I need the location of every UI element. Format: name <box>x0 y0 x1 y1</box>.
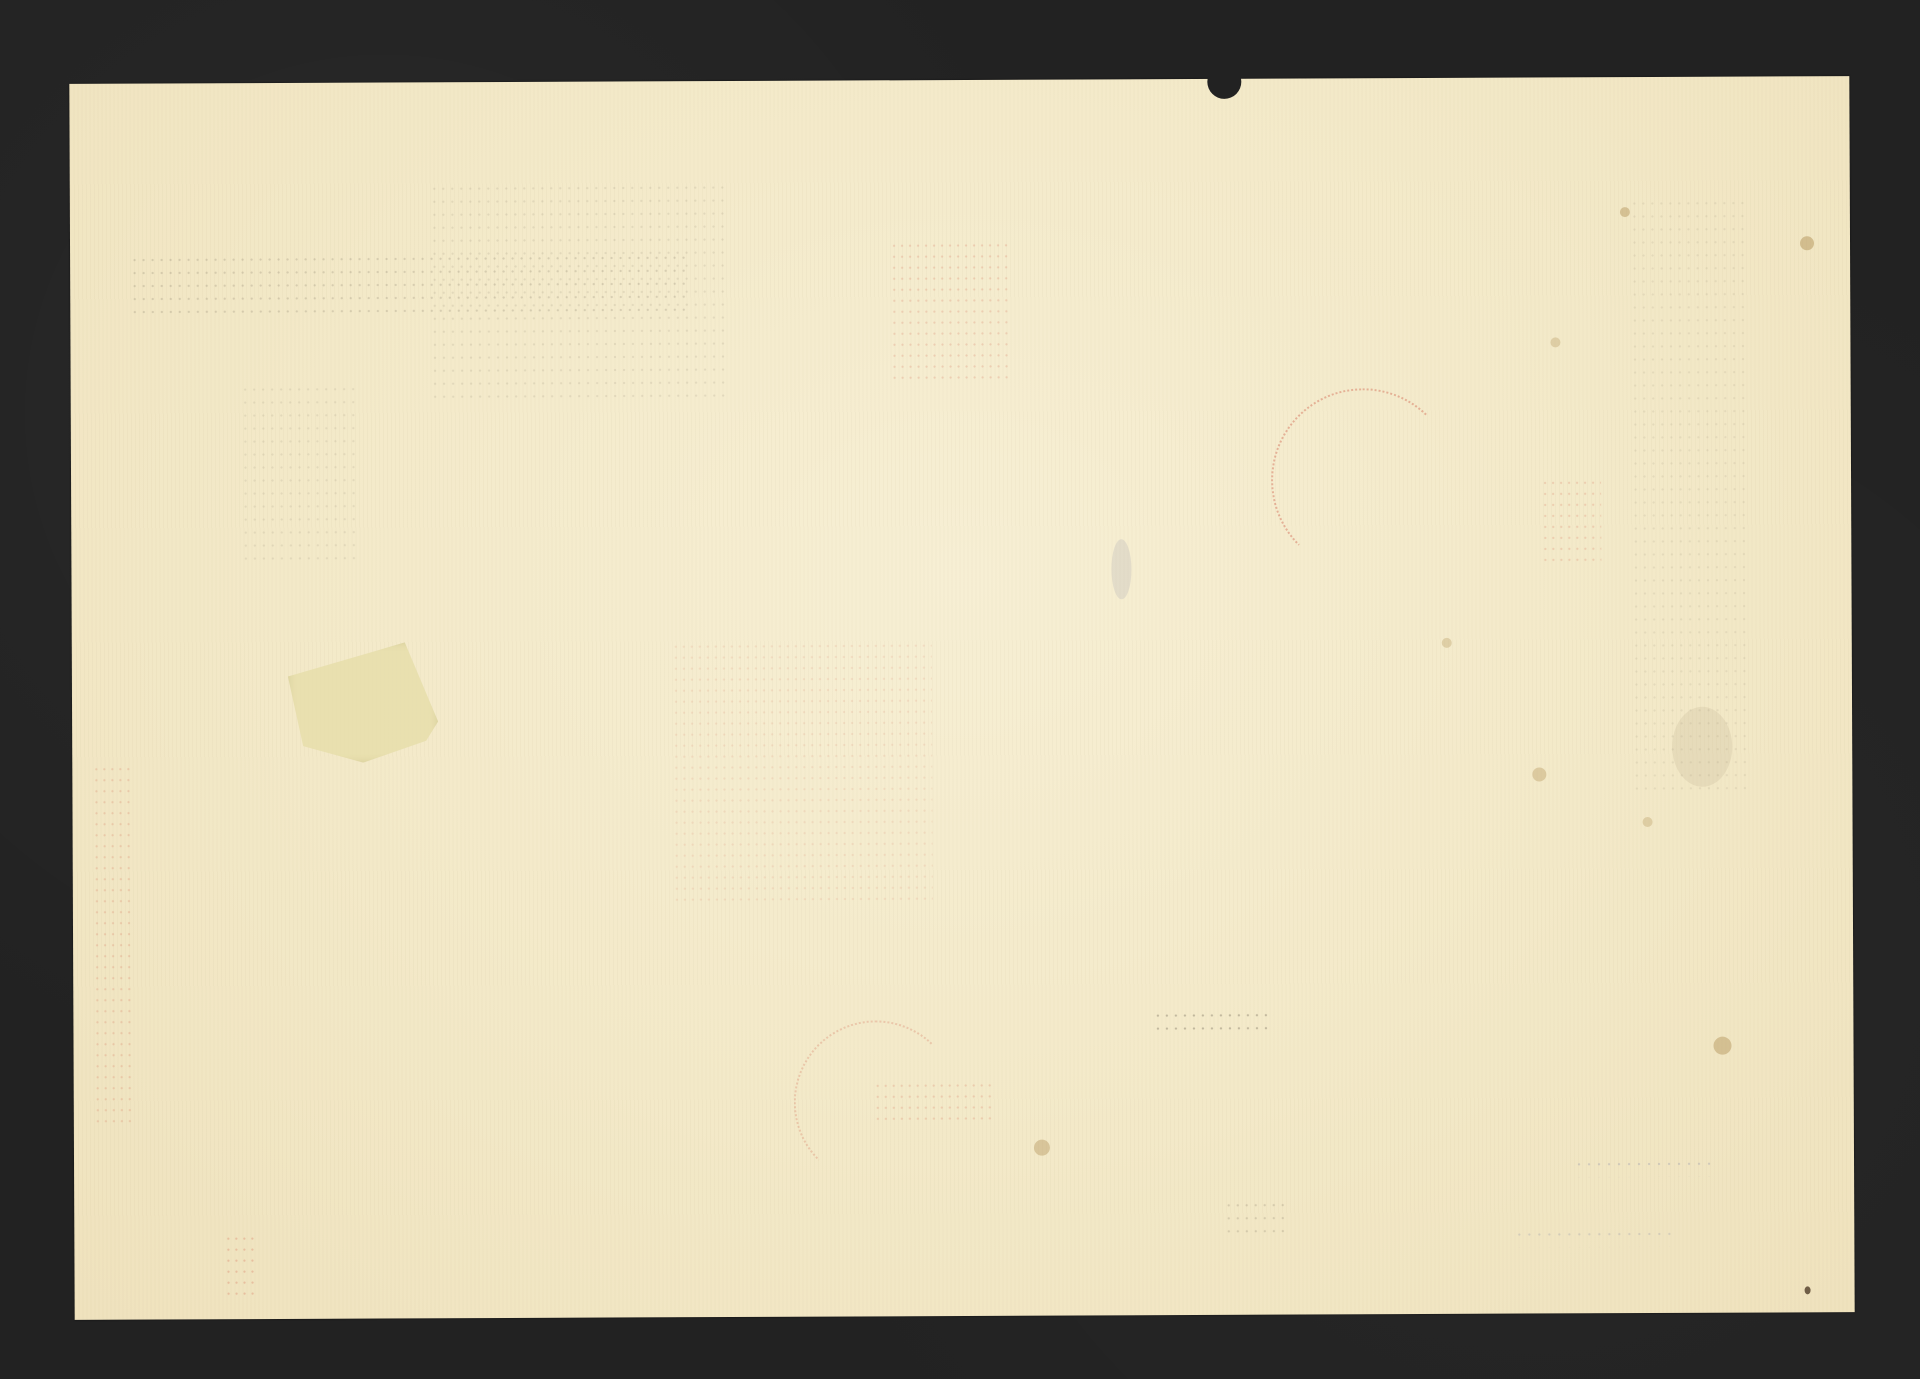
bleed-through-marks <box>130 251 690 313</box>
red-circular-mark <box>1271 388 1456 573</box>
bleed-through-marks <box>241 383 362 564</box>
red-bleed-through <box>890 240 1011 381</box>
bleed-through-marks <box>430 181 731 402</box>
foxing-spot <box>1643 817 1653 827</box>
document-description: Reverse side of an aged paper sheet, bla… <box>69 84 70 85</box>
foxing-spot <box>1620 207 1630 217</box>
foxing-spot <box>1805 1286 1811 1294</box>
top-edge-notch <box>1207 65 1241 99</box>
bleed-through-marks <box>1224 1199 1284 1239</box>
foxing-spot <box>1034 1140 1050 1156</box>
red-bleed-through <box>672 640 933 901</box>
foxing-spot <box>1550 337 1560 347</box>
adhesive-tape-fragment <box>288 642 439 763</box>
paper-sheet: Reverse side of an aged paper sheet, bla… <box>69 76 1854 1320</box>
red-bleed-through <box>92 764 134 1124</box>
foxing-spot <box>1800 236 1814 250</box>
foxing-spot <box>1713 1037 1731 1055</box>
blue-bleed-through <box>1111 539 1131 599</box>
blue-bleed-through <box>1574 1157 1714 1178</box>
red-bleed-through <box>874 1080 994 1121</box>
bleed-through-marks <box>1153 1009 1273 1036</box>
red-bleed-through <box>1541 477 1601 567</box>
red-bleed-through <box>224 1233 254 1303</box>
red-circular-mark <box>793 1020 958 1185</box>
dark-mount-background: Reverse side of an aged paper sheet, bla… <box>0 0 1920 1379</box>
bleed-through-marks <box>1630 197 1753 798</box>
foxing-spot <box>1442 638 1452 648</box>
blue-bleed-through <box>1514 1227 1674 1248</box>
foxing-spot <box>1532 767 1546 781</box>
foxing-spot <box>1672 707 1732 787</box>
